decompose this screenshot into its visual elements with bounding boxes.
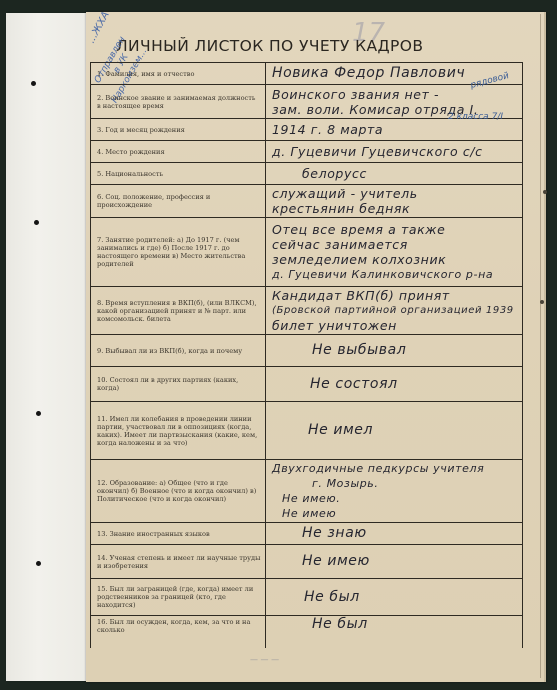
form-title: ЛИЧНЫЙ ЛИСТОК ПО УЧЕТУ КАДРОВ <box>116 37 423 55</box>
paper-fold-line <box>540 14 541 678</box>
answer-cell: Двухгодичные педкурсы учителя г. Мозырь.… <box>266 460 523 523</box>
handwritten-answer: (Бровской партийной организацией 1939 <box>272 303 518 318</box>
handwritten-answer: д. Гуцевичи Гуцевичского с/с <box>272 144 518 159</box>
handwritten-answer: д. Гуцевичи Калинковичского р-на <box>272 267 518 282</box>
punch-hole <box>36 561 41 566</box>
answer-cell: Не имею <box>266 545 523 579</box>
handwritten-answer: Не имею <box>272 554 518 569</box>
form-row: 15. Был ли заграницей (где, когда) имеет… <box>91 579 523 616</box>
answer-cell: Не знаю <box>266 523 523 545</box>
form-row: 1. Фамилия, имя и отчество Новика Федор … <box>91 63 523 85</box>
handwritten-answer: крестьянин бедняк <box>272 201 518 216</box>
margin-mark <box>543 190 547 194</box>
handwritten-answer: сейчас занимается <box>272 237 518 252</box>
handwritten-answer: билет уничтожен <box>272 318 518 333</box>
answer-cell: служащий - учитель крестьянин бедняк <box>266 185 523 218</box>
form-row: 10. Состоял ли в других партиях (каких, … <box>91 367 523 402</box>
punch-hole <box>34 220 39 225</box>
answer-cell: Не был <box>266 579 523 616</box>
handwritten-answer: Кандидат ВКП(б) принят <box>272 288 518 303</box>
question-label: 7. Занятие родителей: а) До 1917 г. (чем… <box>91 218 266 287</box>
handwritten-answer: Не знаю <box>272 526 518 541</box>
answer-cell: Не имел <box>266 402 523 460</box>
form-row: 6. Соц. положение, профессия и происхожд… <box>91 185 523 218</box>
question-label: 2. Воинское звание и занимаемая должност… <box>91 85 266 119</box>
form-row: 5. Национальность белорусс <box>91 163 523 185</box>
answer-cell: д. Гуцевичи Гуцевичского с/с <box>266 141 523 163</box>
handwritten-answer: земледелием колхозник <box>272 252 518 267</box>
question-label: 3. Год и месяц рождения <box>91 119 266 141</box>
blue-ink-annotation: 2 класса 7/I <box>448 112 503 122</box>
form-row: 16. Был ли осужден, когда, кем, за что и… <box>91 616 523 648</box>
question-label: 8. Время вступления в ВКП(б), (или ВЛКСМ… <box>91 287 266 335</box>
handwritten-answer: Не имею. <box>272 491 518 506</box>
question-label: 12. Образование: а) Общее (что и где око… <box>91 460 266 523</box>
answer-cell: Кандидат ВКП(б) принят (Бровской партийн… <box>266 287 523 335</box>
handwritten-answer: 1914 г. 8 марта <box>272 122 518 137</box>
answer-cell: Не был <box>266 616 523 648</box>
personnel-form-table: 1. Фамилия, имя и отчество Новика Федор … <box>90 62 523 648</box>
question-label: 9. Выбывал ли из ВКП(б), когда и почему <box>91 335 266 367</box>
form-row: 14. Ученая степень и имеет ли научные тр… <box>91 545 523 579</box>
form-row: 11. Имел ли колебания в проведении линии… <box>91 402 523 460</box>
handwritten-answer: Воинского звания нет - <box>272 87 518 102</box>
answer-cell: Не состоял <box>266 367 523 402</box>
question-label: 5. Национальность <box>91 163 266 185</box>
form-row: 13. Знание иностранных языков Не знаю <box>91 523 523 545</box>
form-row: 7. Занятие родителей: а) До 1917 г. (чем… <box>91 218 523 287</box>
question-label: 4. Место рождения <box>91 141 266 163</box>
handwritten-answer: белорусс <box>272 166 518 181</box>
punch-hole <box>36 411 41 416</box>
question-label: 6. Соц. положение, профессия и происхожд… <box>91 185 266 218</box>
question-label: 13. Знание иностранных языков <box>91 523 266 545</box>
answer-cell: Отец все время а также сейчас занимается… <box>266 218 523 287</box>
pencil-scribble: — — — <box>250 655 279 664</box>
handwritten-answer: Не был <box>272 590 518 605</box>
question-label: 11. Имел ли колебания в проведении линии… <box>91 402 266 460</box>
handwritten-answer: Не был <box>272 617 518 632</box>
answer-cell: Не выбывал <box>266 335 523 367</box>
handwritten-answer: Не имел <box>272 423 518 438</box>
question-label: 14. Ученая степень и имеет ли научные тр… <box>91 545 266 579</box>
question-label: 16. Был ли осужден, когда, кем, за что и… <box>91 616 266 648</box>
question-label: 15. Был ли заграницей (где, когда) имеет… <box>91 579 266 616</box>
punch-hole <box>31 81 36 86</box>
handwritten-answer: служащий - учитель <box>272 186 518 201</box>
handwritten-answer: г. Мозырь. <box>272 476 518 491</box>
handwritten-answer: Отец все время а также <box>272 222 518 237</box>
binding-strip <box>6 13 86 681</box>
handwritten-answer: Не имею <box>272 506 518 521</box>
form-row: 4. Место рождения д. Гуцевичи Гуцевичско… <box>91 141 523 163</box>
form-row: 8. Время вступления в ВКП(б), (или ВЛКСМ… <box>91 287 523 335</box>
margin-mark <box>540 300 544 304</box>
handwritten-answer: Двухгодичные педкурсы учителя <box>272 461 518 476</box>
handwritten-answer: Не выбывал <box>272 343 518 358</box>
question-label: 1. Фамилия, имя и отчество <box>91 63 266 85</box>
form-row: 9. Выбывал ли из ВКП(б), когда и почему … <box>91 335 523 367</box>
question-label: 10. Состоял ли в других партиях (каких, … <box>91 367 266 402</box>
answer-cell: белорусс <box>266 163 523 185</box>
form-row: 12. Образование: а) Общее (что и где око… <box>91 460 523 523</box>
handwritten-answer: Не состоял <box>272 377 518 392</box>
